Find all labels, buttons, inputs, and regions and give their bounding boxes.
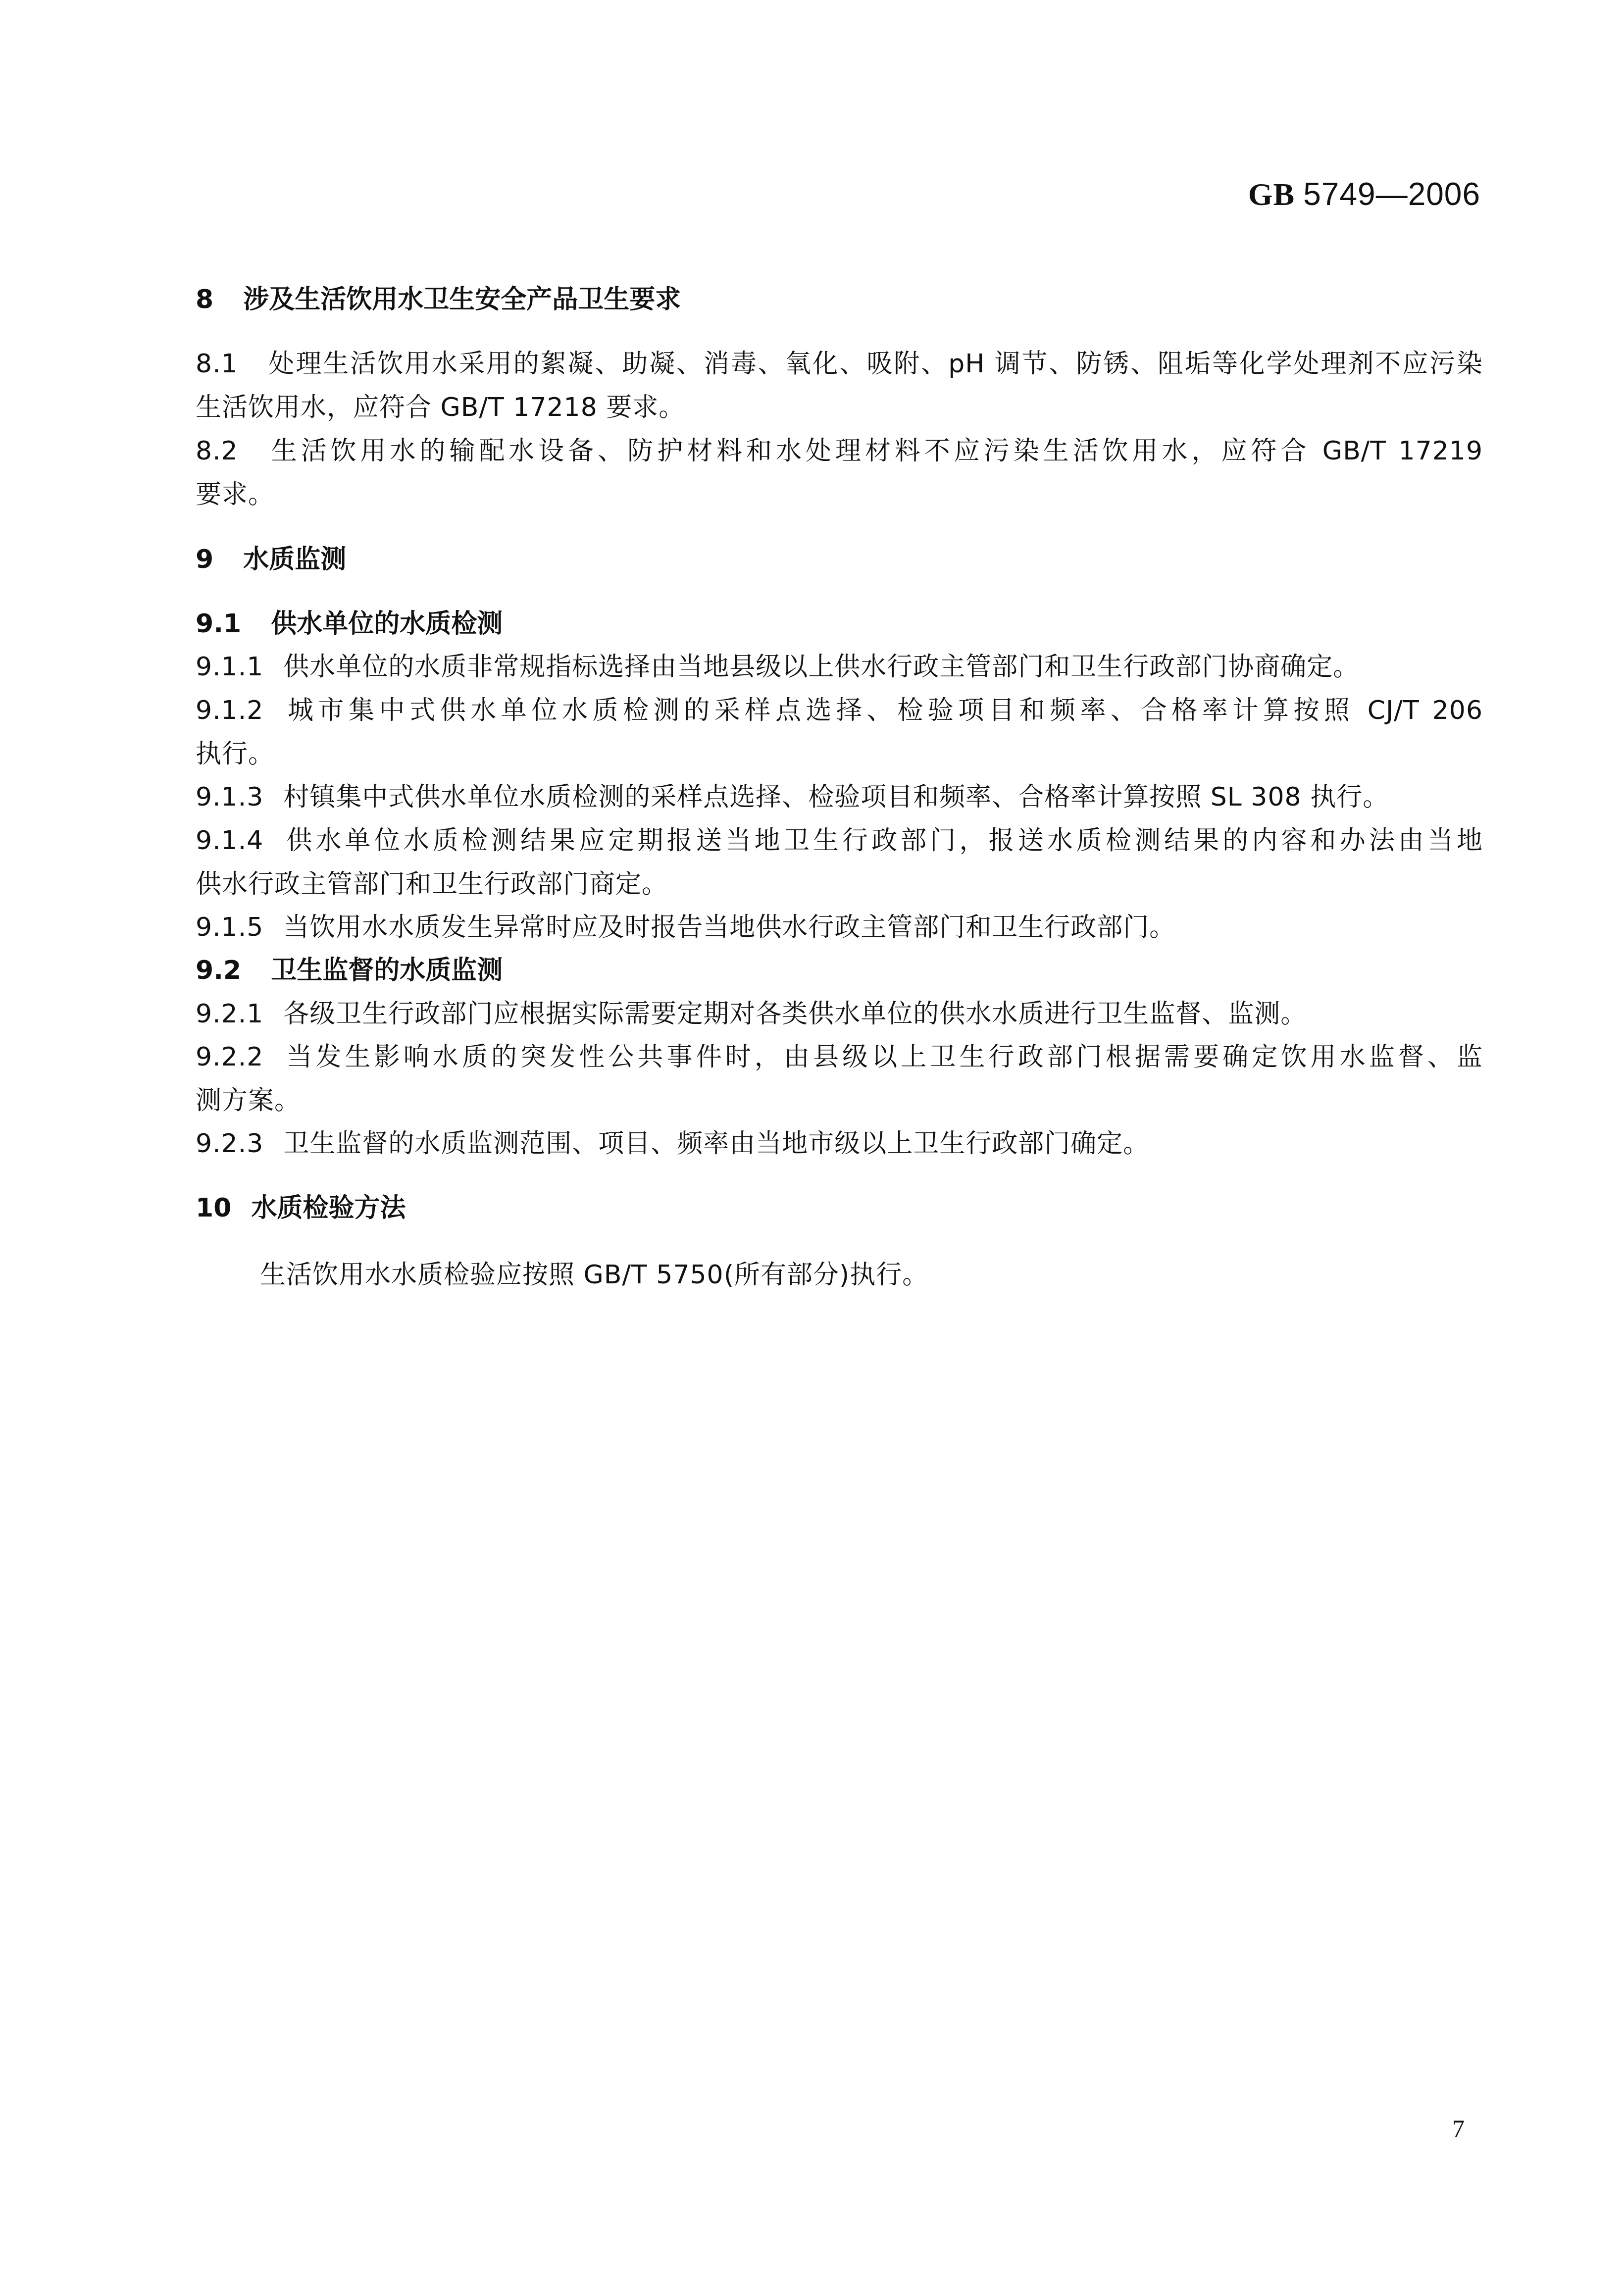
clause-number: 9.1.1 <box>196 652 263 682</box>
clause-number: 8.1 <box>196 349 238 379</box>
standard-number: 5749—2006 <box>1303 176 1480 212</box>
clause-text: 卫生监督的水质监测范围、项目、频率由当地市级以上卫生行政部门确定。 <box>283 1129 1149 1159</box>
para-8-2-line1: 8.2生活饮用水的输配水设备、防护材料和水处理材料不应污染生活饮用水，应符合 G… <box>196 434 1483 468</box>
section-number: 10 <box>196 1193 231 1223</box>
para-9-2-1: 9.2.1各级卫生行政部门应根据实际需要定期对各类供水单位的供水水质进行卫生监督… <box>196 997 1307 1031</box>
section-number: 9 <box>196 545 213 574</box>
section-9-heading: 9水质监测 <box>196 542 346 577</box>
clause-number: 9.1.5 <box>196 913 263 942</box>
clause-text: 当发生影响水质的突发性公共事件时，由县级以上卫生行政部门根据需要确定饮用水监督、… <box>283 1042 1483 1072</box>
section-8-heading: 8涉及生活饮用水卫生安全产品卫生要求 <box>196 282 681 317</box>
para-8-2-line2: 要求。 <box>196 477 274 512</box>
document-page: GB 5749—2006 8涉及生活饮用水卫生安全产品卫生要求 8.1处理生活饮… <box>0 0 1624 2284</box>
page-number: 7 <box>1452 2114 1465 2143</box>
section-9-1-heading: 9.1供水单位的水质检测 <box>196 607 503 641</box>
clause-number: 9.1.3 <box>196 782 263 812</box>
section-title: 卫生监督的水质监测 <box>271 956 503 985</box>
para-9-1-4-line2: 供水行政主管部门和卫生行政部门商定。 <box>196 867 668 902</box>
para-8-1-line2: 生活饮用水，应符合 GB/T 17218 要求。 <box>196 390 685 425</box>
para-9-1-2-line2: 执行。 <box>196 737 274 771</box>
para-8-1-line1: 8.1处理生活饮用水采用的絮凝、助凝、消毒、氧化、吸附、pH 调节、防锈、阻垢等… <box>196 347 1483 381</box>
section-number: 8 <box>196 282 213 317</box>
section-10-heading: 10水质检验方法 <box>196 1191 406 1225</box>
para-9-1-3: 9.1.3村镇集中式供水单位水质检测的采样点选择、检验项目和频率、合格率计算按照… <box>196 780 1389 814</box>
clause-number: 9.2.1 <box>196 999 263 1029</box>
section-title: 供水单位的水质检测 <box>271 609 503 639</box>
clause-text: 当饮用水水质发生异常时应及时报告当地供水行政主管部门和卫生行政部门。 <box>283 913 1175 942</box>
para-9-1-2-line1: 9.1.2城市集中式供水单位水质检测的采样点选择、检验项目和频率、合格率计算按照… <box>196 693 1483 728</box>
section-9-2-heading: 9.2卫生监督的水质监测 <box>196 953 503 988</box>
section-title: 水质检验方法 <box>251 1193 406 1223</box>
clause-number: 9.2.2 <box>196 1042 263 1072</box>
clause-text: 供水单位水质检测结果应定期报送当地卫生行政部门，报送水质检测结果的内容和办法由当… <box>283 826 1483 856</box>
para-9-2-2-line1: 9.2.2当发生影响水质的突发性公共事件时，由县级以上卫生行政部门根据需要确定饮… <box>196 1040 1483 1074</box>
clause-text: 村镇集中式供水单位水质检测的采样点选择、检验项目和频率、合格率计算按照 SL 3… <box>283 782 1389 812</box>
clause-text: 生活饮用水的输配水设备、防护材料和水处理材料不应污染生活饮用水，应符合 GB/T… <box>268 436 1483 466</box>
section-title: 水质监测 <box>243 545 346 574</box>
para-10: 生活饮用水水质检验应按照 GB/T 5750(所有部分)执行。 <box>260 1258 928 1292</box>
section-number: 9.2 <box>196 956 241 985</box>
standard-code: GB 5749—2006 <box>1248 176 1480 213</box>
clause-text: 城市集中式供水单位水质检测的采样点选择、检验项目和频率、合格率计算按照 CJ/T… <box>283 696 1483 725</box>
para-9-1-1: 9.1.1供水单位的水质非常规指标选择由当地县级以上供水行政主管部门和卫生行政部… <box>196 650 1359 684</box>
clause-text: 各级卫生行政部门应根据实际需要定期对各类供水单位的供水水质进行卫生监督、监测。 <box>283 999 1307 1029</box>
standard-prefix: GB <box>1248 177 1295 212</box>
clause-number: 9.1.4 <box>196 826 263 856</box>
para-9-2-2-line2: 测方案。 <box>196 1083 301 1118</box>
clause-number: 8.2 <box>196 436 238 466</box>
clause-number: 9.1.2 <box>196 696 263 725</box>
para-9-2-3: 9.2.3卫生监督的水质监测范围、项目、频率由当地市级以上卫生行政部门确定。 <box>196 1126 1149 1161</box>
para-9-1-4-line1: 9.1.4供水单位水质检测结果应定期报送当地卫生行政部门，报送水质检测结果的内容… <box>196 823 1483 858</box>
clause-text: 供水单位的水质非常规指标选择由当地县级以上供水行政主管部门和卫生行政部门协商确定… <box>283 652 1359 682</box>
clause-text: 处理生活饮用水采用的絮凝、助凝、消毒、氧化、吸附、pH 调节、防锈、阻垢等化学处… <box>268 349 1483 379</box>
section-title: 涉及生活饮用水卫生安全产品卫生要求 <box>243 285 681 314</box>
para-9-1-5: 9.1.5当饮用水水质发生异常时应及时报告当地供水行政主管部门和卫生行政部门。 <box>196 910 1175 945</box>
section-number: 9.1 <box>196 609 241 639</box>
clause-number: 9.2.3 <box>196 1129 263 1159</box>
